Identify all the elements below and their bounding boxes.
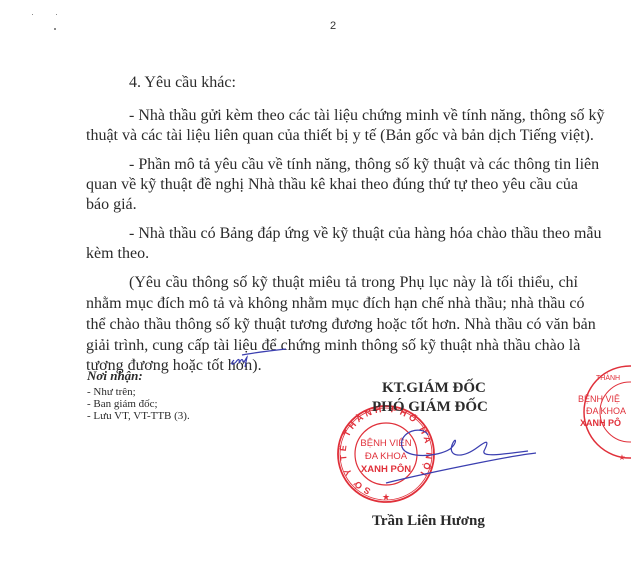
- svg-text:THÀNH: THÀNH: [596, 373, 620, 382]
- paragraph-3-line-2: kèm theo.: [86, 244, 578, 264]
- paragraph-1-line-2: thuật và các tài liệu liên quan của thiế…: [86, 126, 578, 146]
- initials-signature-icon: [228, 346, 288, 370]
- paragraph-2-line-1: - Phần mô tả yêu cầu về tính năng, thông…: [129, 155, 578, 175]
- paragraph-1-line-1: - Nhà thầu gửi kèm theo các tài liệu chứ…: [129, 106, 578, 126]
- paragraph-4-line-2: nhằm mục đích mô tả và không nhằm mục đí…: [86, 294, 578, 314]
- scan-speck: [56, 14, 57, 15]
- svg-text:★: ★: [382, 493, 390, 503]
- partial-stamp-icon: THÀNH BỆNH VIỆ ĐA KHOA XANH PÔ ★: [578, 360, 631, 470]
- recipient-item: - Lưu VT, VT-TTB (3).: [87, 410, 190, 422]
- svg-text:★: ★: [618, 453, 625, 462]
- paragraph-4-line-3: thể chào thầu thông số kỹ thuật tương đư…: [86, 315, 578, 335]
- handwritten-signature-icon: [378, 425, 538, 485]
- paragraph-4-line-1: (Yêu cầu thông số kỹ thuật miêu tả trong…: [129, 273, 578, 293]
- paragraph-2-line-2: quan về kỹ thuật đề nghị Nhà thầu kê kha…: [86, 175, 578, 195]
- recipient-item: - Như trên;: [87, 386, 136, 398]
- page-number: 2: [330, 20, 336, 32]
- svg-text:ĐA KHOA: ĐA KHOA: [586, 406, 626, 416]
- paragraph-3-line-1: - Nhà thầu có Bảng đáp ứng về kỹ thuật c…: [129, 224, 578, 244]
- svg-text:XANH PÔ: XANH PÔ: [580, 417, 621, 428]
- paragraph-4-line-4: giải trình, cung cấp tài liệu để chứng m…: [86, 336, 578, 356]
- signature-title-line-2: PHÓ GIÁM ĐỐC: [372, 399, 488, 416]
- scan-speck: [32, 14, 33, 15]
- svg-text:BỆNH VIỆ: BỆNH VIỆ: [578, 394, 620, 404]
- signature-title-line-1: KT.GIÁM ĐỐC: [382, 380, 486, 397]
- section-heading: 4. Yêu cầu khác:: [129, 74, 236, 92]
- recipients-title: Nơi nhận:: [87, 368, 143, 384]
- scan-speck: [54, 28, 56, 30]
- signer-name: Trần Liên Hương: [372, 513, 485, 530]
- paragraph-2-line-3: báo giá.: [86, 195, 578, 215]
- recipient-item: - Ban giám đốc;: [87, 398, 158, 410]
